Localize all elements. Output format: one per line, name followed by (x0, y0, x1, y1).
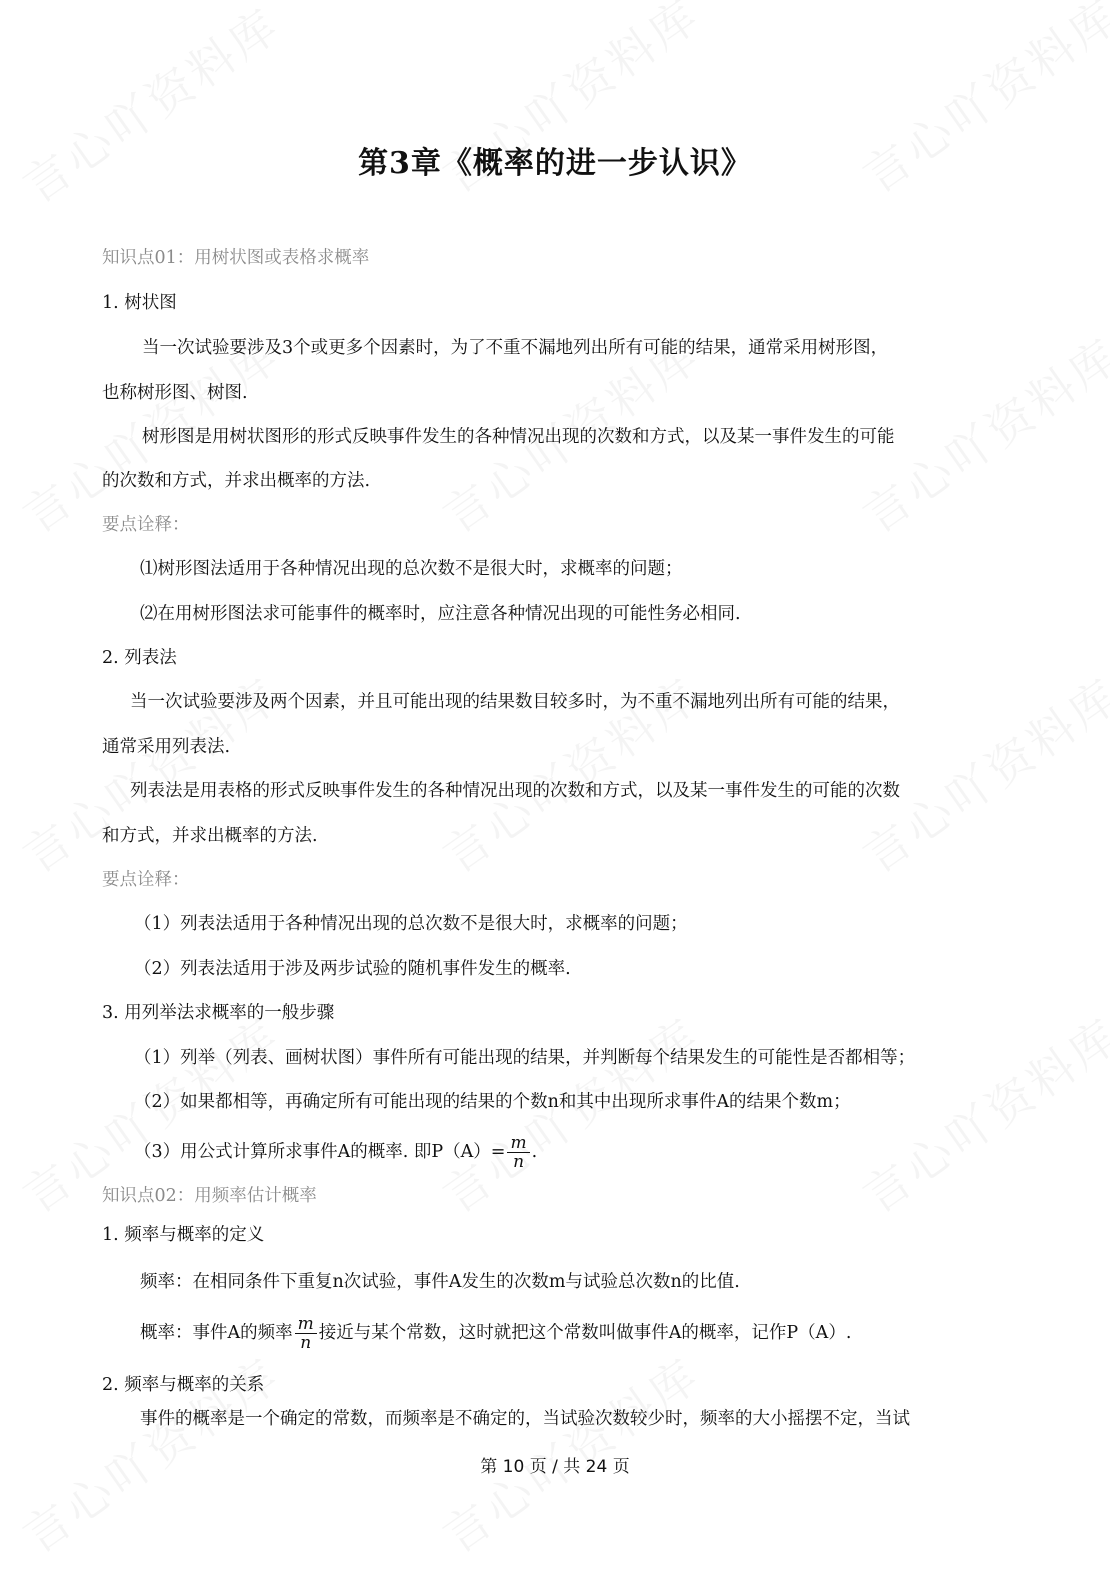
numerator: m (295, 1315, 317, 1334)
definition-probability: 概率：事件A的频率mn接近与某个常数，这时就把这个常数叫做事件A的概率，记作P（… (140, 1313, 851, 1353)
step-item: （2）如果都相等，再确定所有可能出现的结果的个数n和其中出现所求事件A的结果个数… (134, 1090, 851, 1114)
paragraph-line: 事件的概率是一个确定的常数，而频率是不确定的，当试验次数较少时，频率的大小摇摆不… (140, 1407, 910, 1431)
watermark: 言心吖资料库 (8, 0, 292, 216)
step-text: . (532, 1142, 538, 1162)
note-label: 要点诠释： (102, 868, 190, 892)
step-text: （3）用公式计算所求事件A的概率. 即P（A）= (134, 1142, 505, 1162)
page-footer: 第 10 页 / 共 24 页 (0, 1452, 1110, 1477)
denominator: n (295, 1334, 317, 1352)
fraction-m-over-n: mn (507, 1134, 529, 1171)
section-heading: 2. 频率与概率的关系 (102, 1373, 264, 1397)
denominator: n (507, 1153, 529, 1171)
section-heading: 2. 列表法 (102, 646, 177, 670)
note-label: 要点诠释： (102, 513, 190, 537)
paragraph-line: 和方式，并求出概率的方法. (102, 824, 318, 848)
paragraph-line: 也称树形图、树图. (102, 381, 248, 405)
section-heading: 3. 用列举法求概率的一般步骤 (102, 1001, 334, 1025)
paragraph-line: 通常采用列表法. (102, 735, 230, 759)
paragraph-line: 当一次试验要涉及3个或更多个因素时，为了不重不漏地列出所有可能的结果，通常采用树… (142, 336, 888, 360)
watermark: 言心吖资料库 (848, 1000, 1110, 1226)
paragraph-line: 树形图是用树状图形的形式反映事件发生的各种情况出现的次数和方式，以及某一事件发生… (142, 425, 895, 449)
definition-text: 接近与某个常数，这时就把这个常数叫做事件A的概率，记作P（A）. (319, 1323, 852, 1343)
note-item: ⑵在用树形图法求可能事件的概率时，应注意各种情况出现的可能性务必相同. (140, 602, 741, 626)
step-item: （3）用公式计算所求事件A的概率. 即P（A）=mn. (134, 1132, 537, 1172)
definition-text: 概率：事件A的频率 (140, 1323, 293, 1343)
definition-frequency: 频率：在相同条件下重复n次试验，事件A发生的次数m与试验总次数n的比值. (140, 1270, 740, 1294)
page-title: 第3章《概率的进一步认识》 (0, 138, 1110, 182)
paragraph-line: 列表法是用表格的形式反映事件发生的各种情况出现的次数和方式，以及某一事件发生的可… (130, 779, 900, 803)
knowledge-point-heading: 知识点01：用树状图或表格求概率 (102, 246, 369, 270)
numerator: m (507, 1134, 529, 1153)
step-item: （1）列举（列表、画树状图）事件所有可能出现的结果，并判断每个结果发生的可能性是… (134, 1046, 915, 1070)
knowledge-point-heading: 知识点02：用频率估计概率 (102, 1184, 317, 1208)
section-heading: 1. 频率与概率的定义 (102, 1223, 264, 1247)
paragraph-line: 的次数和方式，并求出概率的方法. (102, 469, 370, 493)
fraction-m-over-n: mn (295, 1315, 317, 1352)
note-item: （1）列表法适用于各种情况出现的总次数不是很大时，求概率的问题； (134, 912, 688, 936)
note-item: （2）列表法适用于涉及两步试验的随机事件发生的概率. (134, 957, 571, 981)
paragraph-line: 当一次试验要涉及两个因素，并且可能出现的结果数目较多时，为不重不漏地列出所有可能… (130, 690, 900, 714)
section-heading: 1. 树状图 (102, 291, 177, 315)
note-item: ⑴树形图法适用于各种情况出现的总次数不是很大时，求概率的问题； (140, 557, 683, 581)
